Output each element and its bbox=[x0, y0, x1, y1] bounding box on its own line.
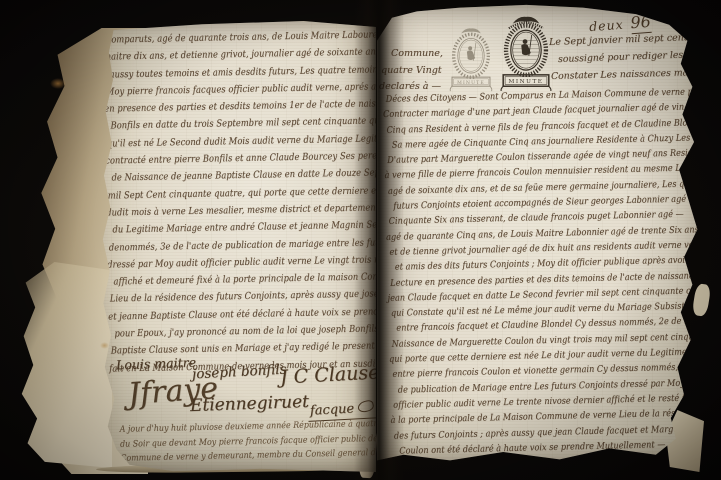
signature-louis-maitre: Louis maitre bbox=[116, 355, 196, 373]
left-page-text-block: Comparuts, agé de quarante trois ans, de… bbox=[105, 26, 378, 377]
folio-word: deux bbox=[589, 17, 624, 34]
folio-number: deux96 bbox=[588, 12, 651, 35]
margin-line: quatre Vingt bbox=[381, 65, 442, 76]
left-page-closing-text: A jour d'huy huit pluviose deuxieme anné… bbox=[120, 417, 367, 466]
archive-scan-background: Comparuts, agé de quarante trois ans, de… bbox=[0, 0, 721, 480]
folio-digits: 96 bbox=[630, 12, 652, 34]
end-dash-mark: — bbox=[509, 448, 520, 461]
signature-jc-clause: J C Clause bbox=[279, 361, 379, 388]
fiscal-stamp-faint-icon: MINUTE bbox=[443, 26, 499, 92]
header-line: Le Sept janvier mil sept cent — bbox=[549, 32, 701, 48]
bottom-left-deckle-flap bbox=[16, 262, 112, 468]
right-page: MINUTE MINUTE bbox=[377, 4, 709, 464]
header-line: soussigné pour rediger les actes — bbox=[558, 48, 721, 65]
signature-etienne-giruet: Etiennegiruet bbox=[190, 392, 310, 416]
under-page-sliver-right-mid bbox=[692, 283, 712, 317]
right-page-text-block: Déces des Citoyens — Sont Comparus en La… bbox=[386, 84, 710, 459]
stamp-banner-text: MINUTE bbox=[509, 79, 544, 85]
margin-line: Commune, bbox=[391, 48, 443, 59]
fiscal-stamp-dark-icon: MINUTE bbox=[496, 15, 556, 91]
stamp-banner-text: MINUTE bbox=[457, 80, 485, 86]
left-page: Comparuts, agé de quarante trois ans, de… bbox=[86, 16, 376, 472]
header-line: Constater Les naissances mariages et bbox=[551, 66, 721, 82]
